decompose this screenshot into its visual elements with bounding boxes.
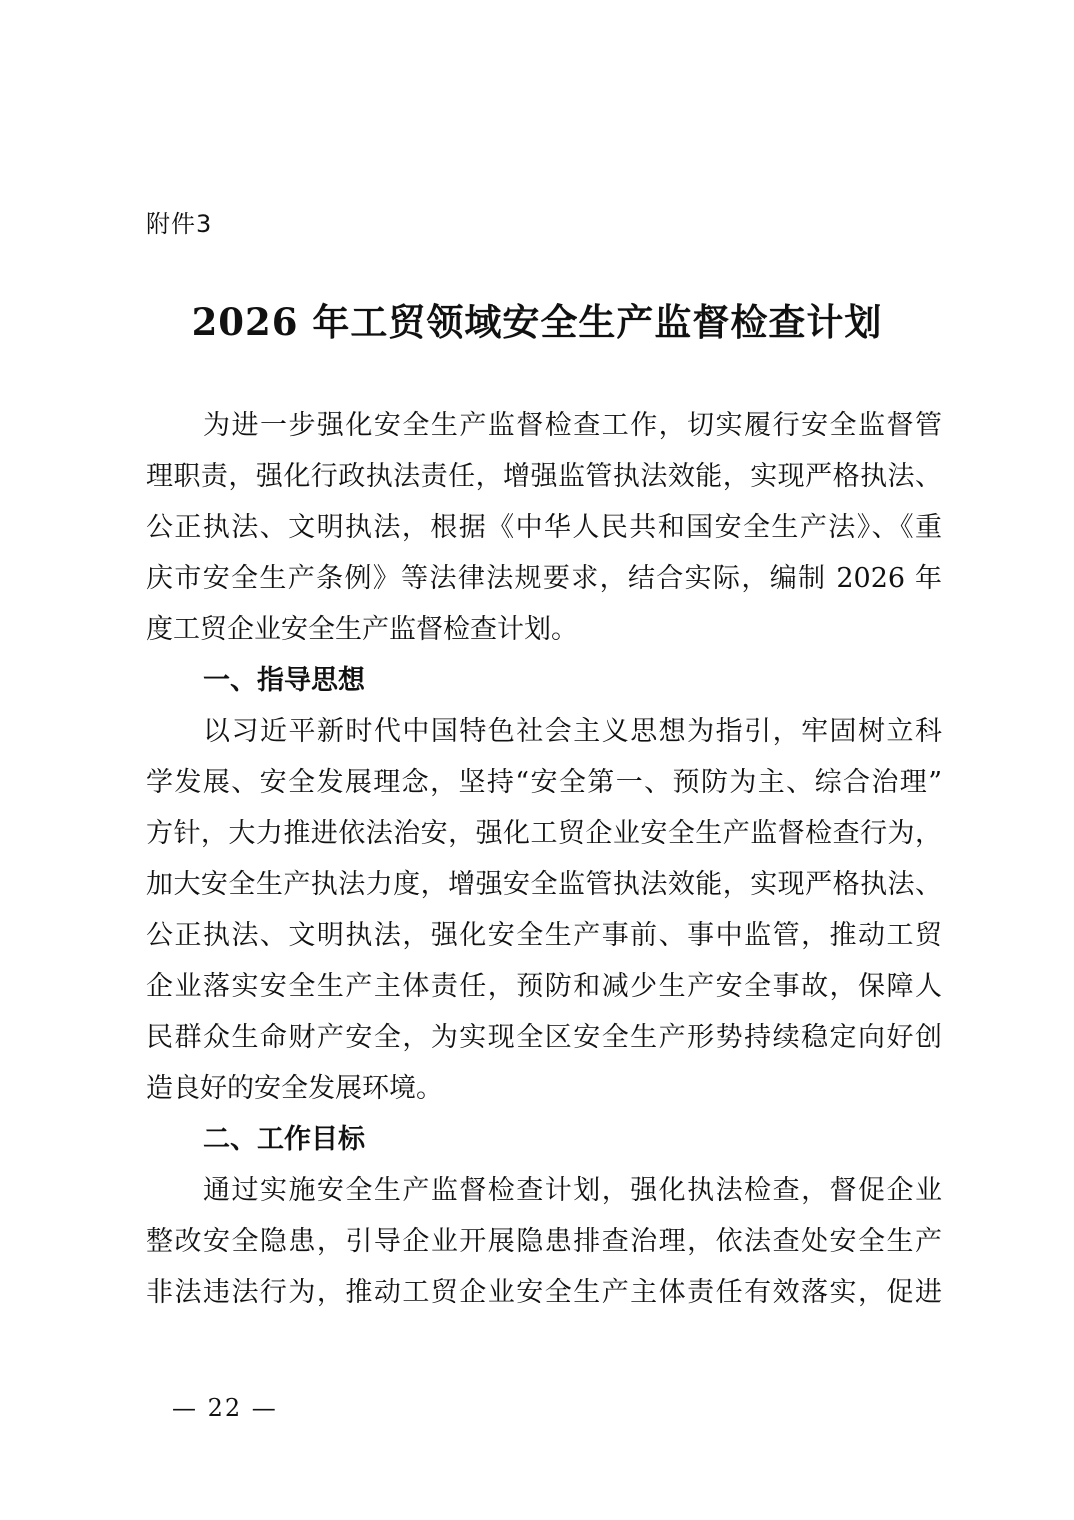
text-line: 造良好的安全发展环境。 (146, 1063, 942, 1114)
text-line: 度工贸企业安全生产监督检查计划。 (146, 604, 942, 655)
text-line: 公正执法、文明执法，强化安全生产事前、事中监管，推动工贸 (146, 910, 942, 961)
page-number: — 22 — (172, 1394, 278, 1422)
text-line: 为进一步强化安全生产监督检查工作，切实履行安全监督管 (146, 400, 942, 451)
text-line: 方针，大力推进依法治安，强化工贸企业安全生产监督检查行为， (146, 808, 942, 859)
text-line: 学发展、安全发展理念，坚持“安全第一、预防为主、综合治理” (146, 757, 942, 808)
attachment-label: 附件3 (146, 204, 212, 239)
text-line: 非法违法行为，推动工贸企业安全生产主体责任有效落实，促进 (146, 1267, 942, 1318)
document-title: 2026 年工贸领域安全生产监督检查计划 (0, 292, 1074, 346)
text-line: 整改安全隐患，引导企业开展隐患排查治理，依法查处安全生产 (146, 1216, 942, 1267)
text-line: 理职责，强化行政执法责任，增强监管执法效能，实现严格执法、 (146, 451, 942, 502)
section-heading-work-goals: 二、工作目标 (146, 1114, 942, 1165)
text-line: 加大安全生产执法力度，增强安全监管执法效能，实现严格执法、 (146, 859, 942, 910)
text-line: 庆市安全生产条例》等法律法规要求，结合实际，编制 2026 年 (146, 553, 942, 604)
guiding-ideology-paragraph: 以习近平新时代中国特色社会主义思想为指引，牢固树立科 学发展、安全发展理念，坚持… (146, 706, 942, 1114)
document-body: 为进一步强化安全生产监督检查工作，切实履行安全监督管 理职责，强化行政执法责任，… (146, 400, 942, 1318)
text-line: 企业落实安全生产主体责任，预防和减少生产安全事故，保障人 (146, 961, 942, 1012)
text-line: 民群众生命财产安全，为实现全区安全生产形势持续稳定向好创 (146, 1012, 942, 1063)
section-heading-guiding-ideology: 一、指导思想 (146, 655, 942, 706)
work-goals-paragraph: 通过实施安全生产监督检查计划，强化执法检查，督促企业 整改安全隐患，引导企业开展… (146, 1165, 942, 1318)
text-line: 以习近平新时代中国特色社会主义思想为指引，牢固树立科 (146, 706, 942, 757)
text-line: 通过实施安全生产监督检查计划，强化执法检查，督促企业 (146, 1165, 942, 1216)
intro-paragraph: 为进一步强化安全生产监督检查工作，切实履行安全监督管 理职责，强化行政执法责任，… (146, 400, 942, 655)
text-line: 公正执法、文明执法，根据《中华人民共和国安全生产法》、《重 (146, 502, 942, 553)
